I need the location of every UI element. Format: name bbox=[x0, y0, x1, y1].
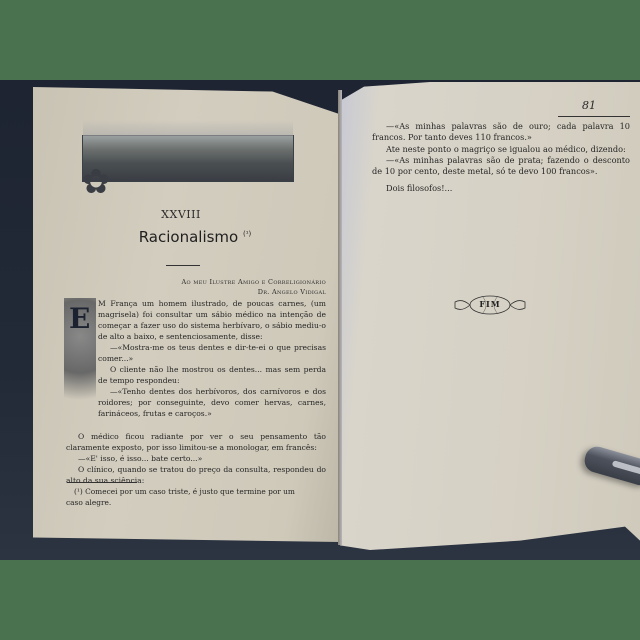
paragraph-3: O cliente não lhe mostrou os dentes... m… bbox=[98, 364, 326, 386]
right-paragraph-1: —«As minhas palavras são de ouro; cada p… bbox=[372, 121, 630, 144]
right-page-text: —«As minhas palavras são de ouro; cada p… bbox=[372, 121, 630, 195]
body-text-full-width: O médico ficou radiante por ver o seu pe… bbox=[66, 431, 326, 486]
right-paragraph-4: Dois filosofos!... bbox=[372, 183, 630, 194]
title-divider bbox=[166, 265, 200, 266]
footnote: (¹) Comecei por um caso triste, é justo … bbox=[66, 486, 306, 508]
chapter-title: Racionalismo (¹) bbox=[120, 228, 270, 246]
chapter-title-text: Racionalismo bbox=[139, 228, 239, 246]
chapter-number: XXVIII bbox=[151, 208, 211, 221]
dedication: Ao meu Ilustre Amigo e Correligionário D… bbox=[130, 277, 326, 297]
paragraph-4: —«Tenho dentes dos herbívoros, dos carní… bbox=[98, 386, 326, 419]
page-number: 81 bbox=[582, 99, 596, 112]
dedication-line-1: Ao meu Ilustre Amigo e Correligionário bbox=[130, 277, 326, 287]
bottom-green-band bbox=[0, 560, 640, 640]
paragraph-2: —«Mostra-me os teus dentes e dir-te-ei o… bbox=[98, 342, 326, 364]
top-green-band bbox=[0, 0, 640, 80]
paragraph-5: O médico ficou radiante por ver o seu pe… bbox=[66, 431, 326, 453]
body-text-beside-initial: M França um homem ilustrado, de poucas c… bbox=[98, 298, 326, 419]
dedication-line-2: Dr. Angelo Vidigal bbox=[130, 287, 326, 297]
paragraph-6: —«E' isso, é isso... bate certo...» bbox=[66, 453, 326, 464]
end-ornament: FIM bbox=[452, 294, 528, 316]
page-number-rule bbox=[558, 116, 630, 117]
footnote-marker: (¹) bbox=[243, 230, 251, 238]
right-paragraph-2: Ate neste ponto o magriço se igualou ao … bbox=[372, 144, 630, 155]
footnote-divider bbox=[67, 482, 137, 483]
book-photo: ✿ XXVIII Racionalismo (¹) Ao meu Ilustre… bbox=[0, 80, 640, 560]
flower-ornament-icon: ✿ bbox=[74, 160, 118, 204]
end-label: FIM bbox=[452, 299, 528, 309]
right-paragraph-3: —«As minhas palavras são de prata; fazen… bbox=[372, 155, 630, 178]
paragraph-1: M França um homem ilustrado, de poucas c… bbox=[98, 298, 326, 342]
drop-cap-letter: E bbox=[69, 302, 90, 335]
book-spine bbox=[338, 90, 342, 545]
engraving-sky bbox=[83, 120, 293, 136]
